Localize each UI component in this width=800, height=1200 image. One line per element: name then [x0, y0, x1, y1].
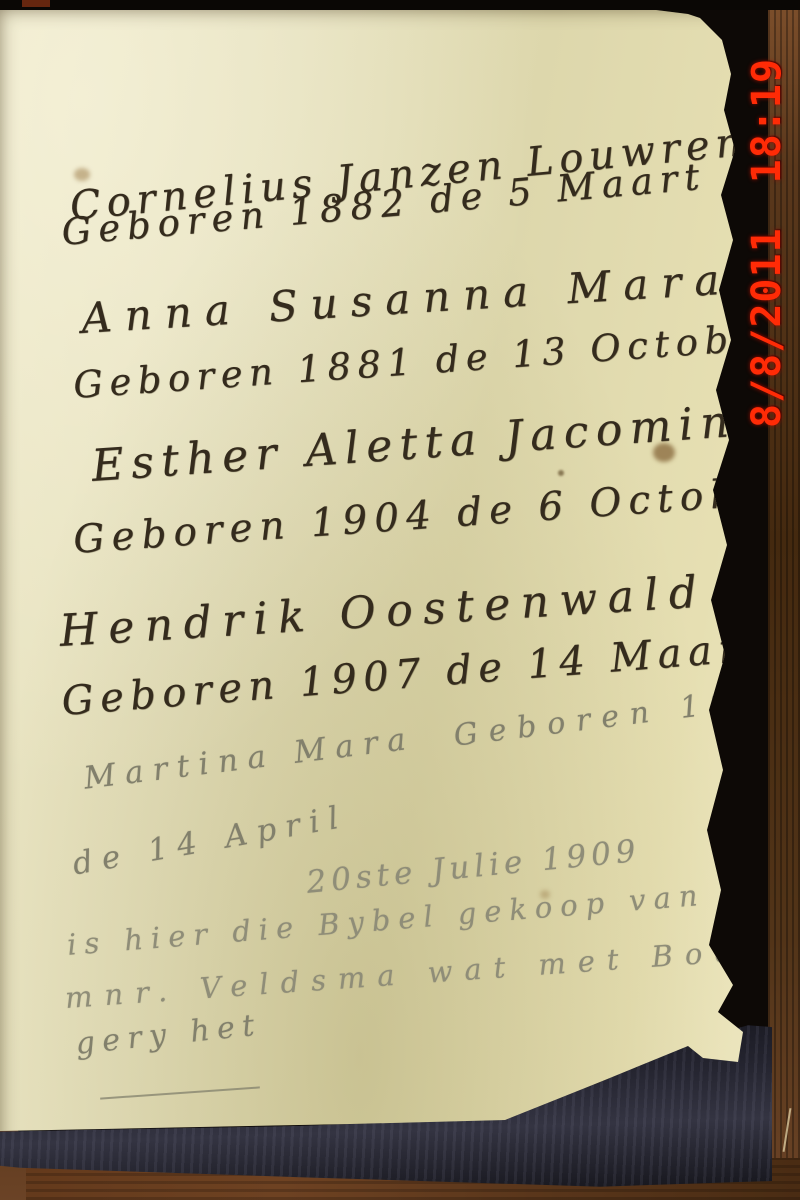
shadow-top-edge	[0, 0, 800, 10]
timestamp-date: 8/8/2011	[744, 227, 790, 428]
page-stain	[558, 470, 564, 476]
page-stain	[74, 168, 90, 181]
book-page: Cornelius Janzen Louwrens Geboren 1882 d…	[0, 0, 800, 1200]
timestamp-time: 18:19	[744, 58, 790, 183]
camera-timestamp: 8/8/2011 18:19	[744, 18, 796, 428]
photo-of-bible-flyleaf: Cornelius Janzen Louwrens Geboren 1882 d…	[0, 0, 800, 1200]
book-spine-sliver	[22, 0, 50, 7]
pencil-note-line-3: gery het	[74, 1008, 263, 1060]
pencil-underline	[100, 1086, 260, 1099]
pencil-name-martina: Martina Mara	[82, 721, 417, 795]
